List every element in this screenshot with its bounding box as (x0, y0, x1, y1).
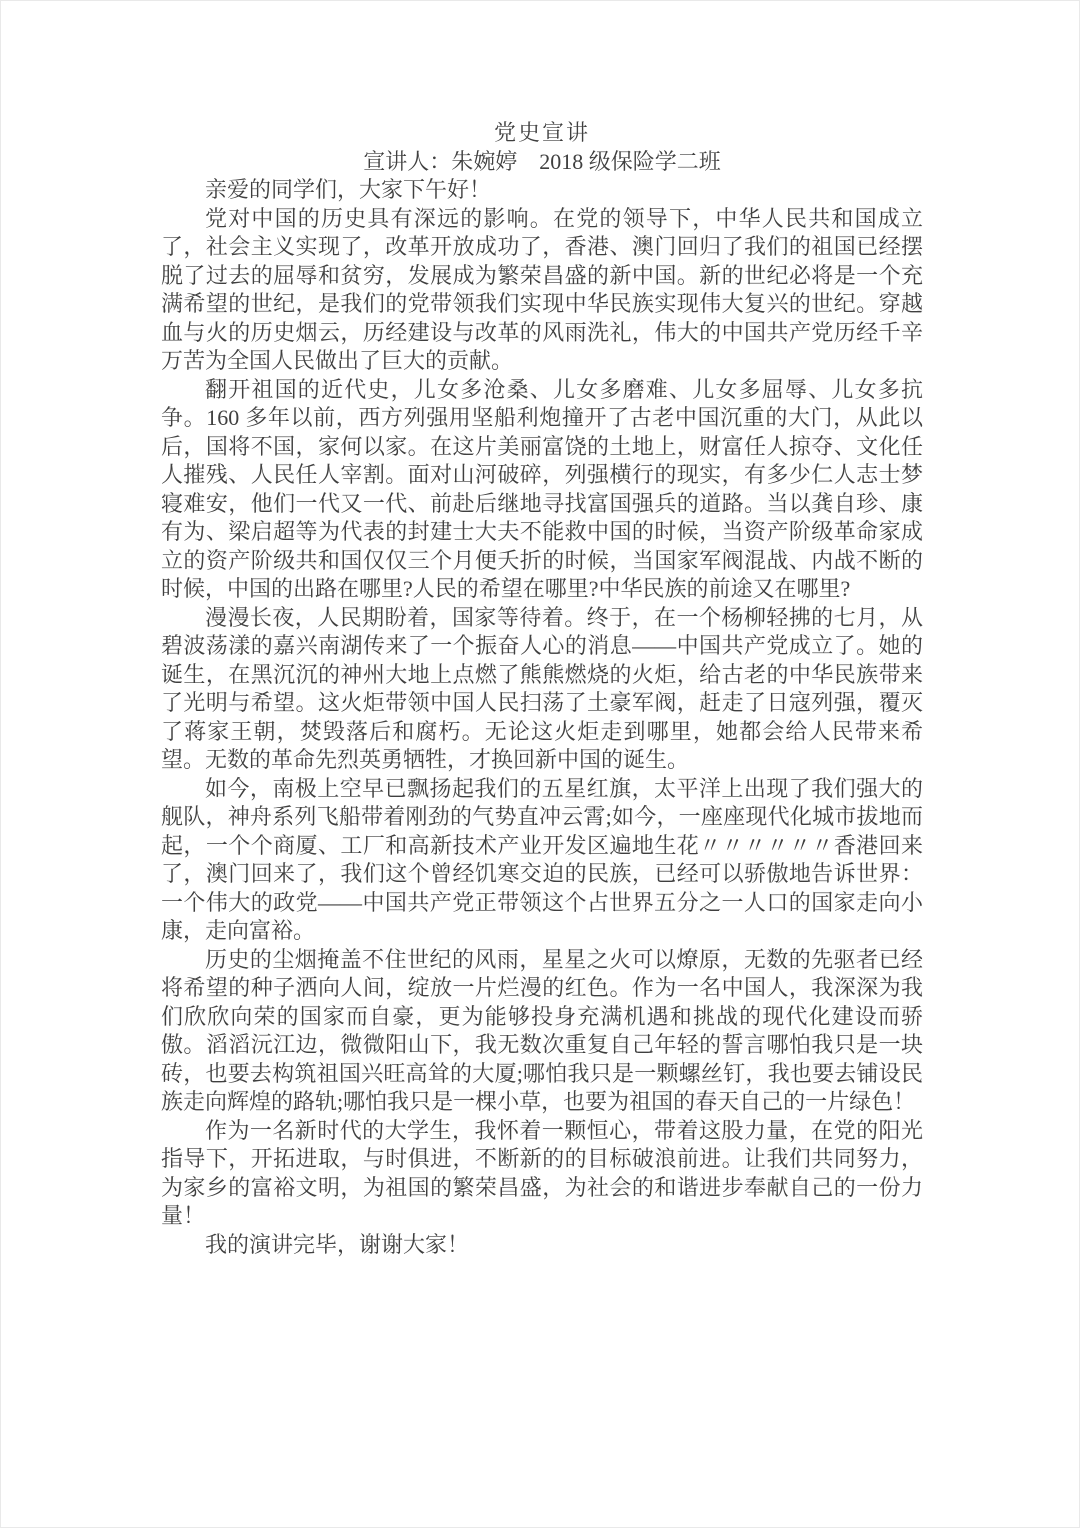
paragraph-college-student: 作为一名新时代的大学生，我怀着一颗恒心，带着这股力量，在党的阳光指导下，开拓进取… (161, 1117, 923, 1231)
paragraph-party-influence: 党对中国的历史具有深远的影响。在党的领导下，中华人民共和国成立了，社会主义实现了… (161, 205, 923, 376)
document-byline: 宣讲人：朱婉婷 2018 级保险学二班 (161, 148, 923, 177)
paragraph-closing: 我的演讲完毕，谢谢大家！ (161, 1231, 923, 1260)
paragraph-modern-history: 翻开祖国的近代史，儿女多沧桑、儿女多磨难、儿女多屈辱、儿女多抗争。160 多年以… (161, 376, 923, 604)
paragraph-achievements: 如今，南极上空早已飘扬起我们的五星红旗，太平洋上出现了我们强大的舰队，神舟系列飞… (161, 775, 923, 946)
paragraph-party-founding: 漫漫长夜，人民期盼着，国家等待着。终于，在一个杨柳轻拂的七月，从碧波荡漾的嘉兴南… (161, 604, 923, 775)
paragraph-greeting: 亲爱的同学们，大家下午好！ (161, 176, 923, 205)
document-page: 党史宣讲 宣讲人：朱婉婷 2018 级保险学二班 亲爱的同学们，大家下午好！ 党… (0, 0, 1080, 1528)
document-title: 党史宣讲 (161, 119, 923, 148)
paragraph-pledge: 历史的尘烟掩盖不住世纪的风雨，星星之火可以燎原，无数的先驱者已经将希望的种子洒向… (161, 946, 923, 1117)
